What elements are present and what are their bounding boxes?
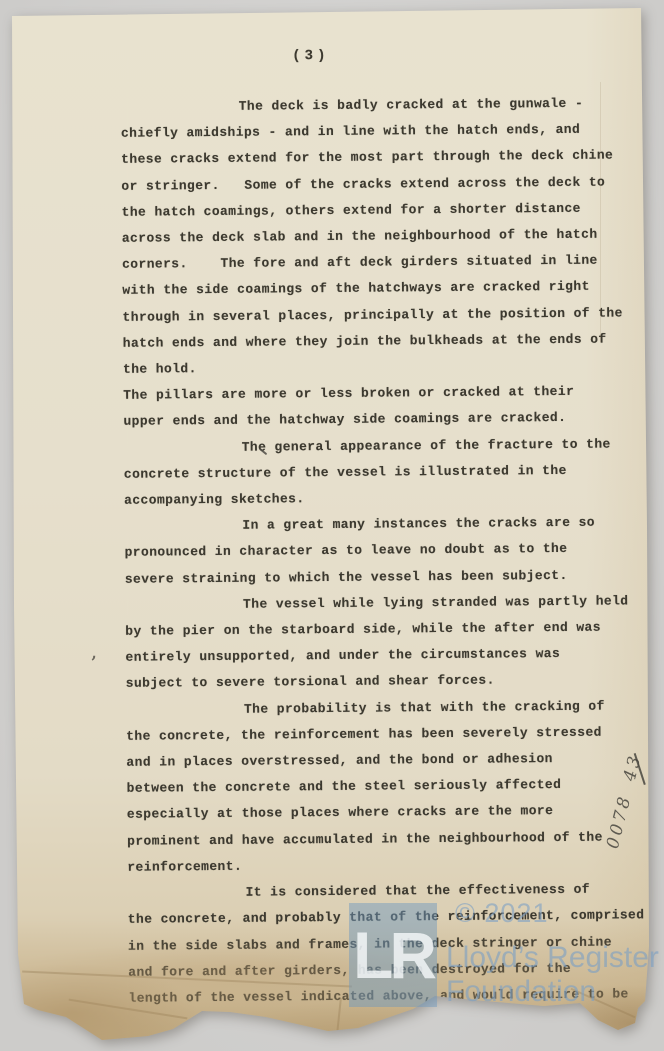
- scanned-document: (3) The deck is badly cracked at the gun…: [0, 0, 664, 1051]
- lr-logo-letters: LR: [353, 917, 433, 993]
- typed-line: with the side coamings of the hatchways …: [122, 274, 639, 305]
- lr-logo-icon: LR: [349, 903, 437, 1007]
- watermark-line2: Foundation: [446, 975, 659, 1009]
- typed-line: pronounced in character as to leave no d…: [124, 536, 641, 567]
- watermark-copyright: © 2021: [455, 898, 548, 929]
- watermark-owner: Lloyd’s Register Foundation: [446, 941, 659, 1009]
- watermark-line1: Lloyd’s Register: [446, 941, 659, 975]
- typed-line: prominent and have accumulated in the ne…: [127, 824, 644, 855]
- typed-line: these cracks extend for the most part th…: [121, 143, 638, 174]
- typed-line: hatch ends and where they join the bulkh…: [123, 326, 640, 357]
- typed-content: (3) The deck is badly cracked at the gun…: [4, 3, 655, 1047]
- typed-line: by the pier on the starboard side, while…: [125, 614, 642, 645]
- paper-sheet: (3) The deck is badly cracked at the gun…: [8, 6, 650, 1044]
- typed-line: the concrete, the reinforcement has been…: [126, 719, 643, 750]
- page-number: (3): [292, 48, 329, 64]
- typed-text: The deck is badly cracked at the gunwale…: [121, 90, 646, 1012]
- typed-line: upper ends and the hatchway side coaming…: [123, 405, 640, 436]
- document-page: (3) The deck is badly cracked at the gun…: [8, 6, 650, 1044]
- typed-line: concrete structure of the vessel is illu…: [124, 457, 641, 488]
- pen-comma-mark: ,: [91, 644, 96, 662]
